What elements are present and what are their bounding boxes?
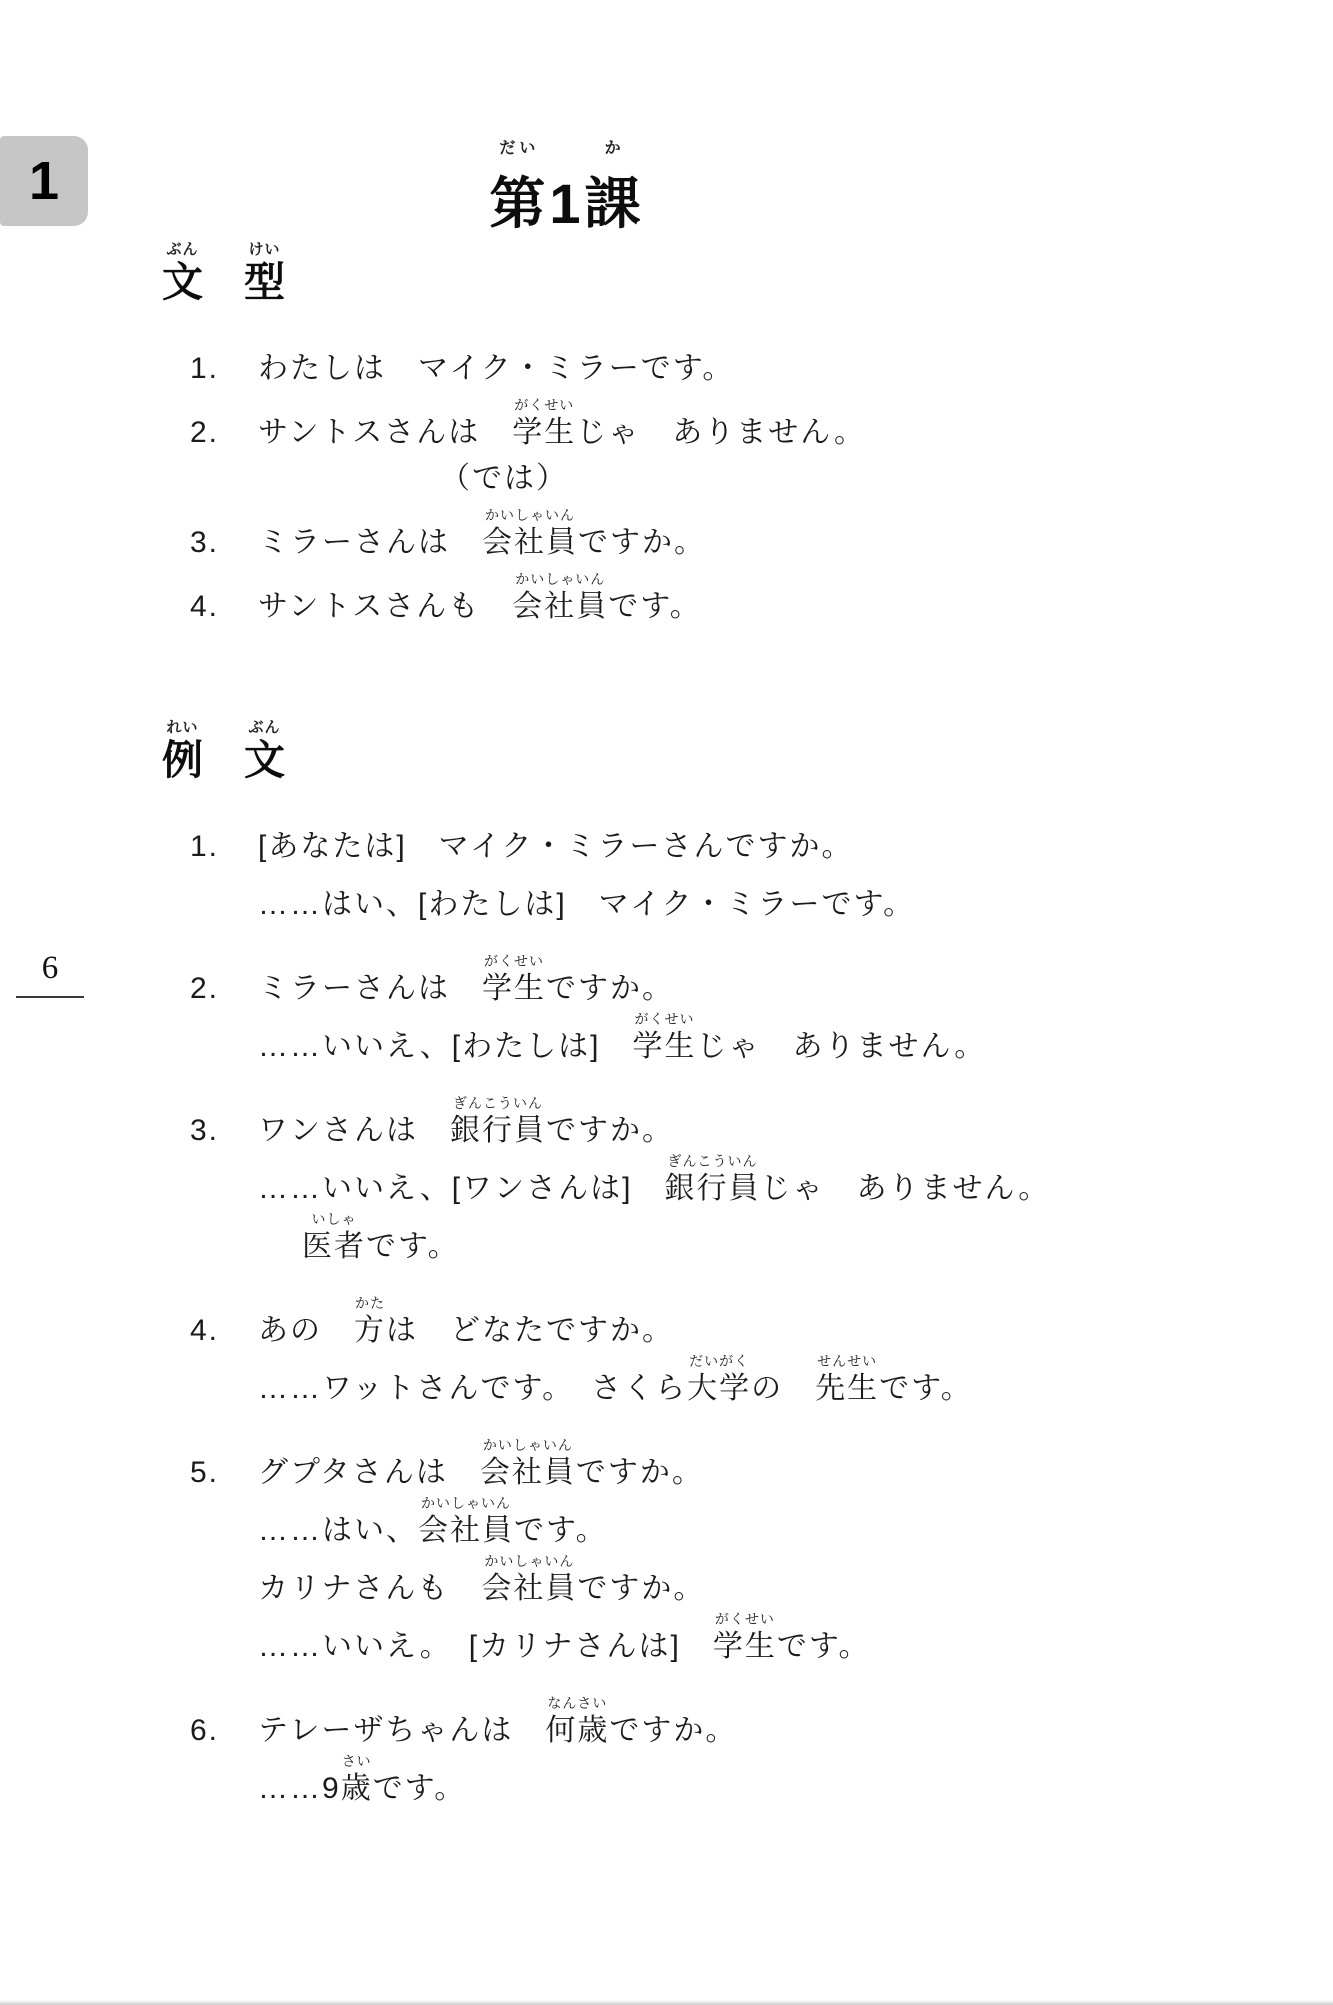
furigana: ぎんこういん: [453, 1096, 543, 1112]
furigana: がくせい: [634, 1012, 694, 1028]
section-heading-bunkei: 文ぶん 型けい: [162, 238, 866, 305]
item-number: 1.: [190, 352, 258, 386]
base-text: ……いいえ、[ワンさんは]: [258, 1172, 664, 1205]
sentence-text: ミラーさんは 学生がくせいですか。: [258, 972, 674, 1006]
item-number: 4.: [190, 590, 258, 624]
base-text: [あなたは] マイク・ミラーさんですか。: [258, 830, 853, 863]
lesson-title: 第だい 1 課か: [0, 132, 1134, 240]
base-text: 銀行員: [664, 1172, 760, 1205]
ruby-base-text: 方かた: [354, 1314, 386, 1348]
plain-text: じゃ ありません。: [696, 1030, 986, 1064]
base-text: 会社員: [480, 1456, 576, 1489]
ruby-base-text: 型けい: [244, 260, 285, 305]
furigana: けい: [248, 242, 280, 259]
furigana: かいしゃいん: [483, 1438, 573, 1454]
plain-text: じゃ ありません。: [760, 1172, 1050, 1206]
ruby-base-text: 銀行員ぎんこういん: [450, 1114, 546, 1148]
sentence-text: グプタさんは 会社員かいしゃいんですか。: [258, 1456, 704, 1490]
plain-text: [203, 738, 244, 783]
sentence-line: ……はい、[わたしは] マイク・ミラーです。: [190, 863, 1050, 921]
item-number: 2.: [190, 416, 258, 450]
sentence-line: 3.ワンさんは 銀行員ぎんこういんですか。: [190, 1089, 1050, 1147]
furigana: ぎんこういん: [667, 1154, 757, 1170]
base-text: ですか。: [577, 1572, 705, 1605]
base-text: テレーザちゃんは: [258, 1714, 545, 1747]
furigana: がくせい: [514, 398, 574, 414]
furigana: かいしゃいん: [515, 572, 605, 588]
base-text: 文: [162, 259, 203, 305]
numbered-item: 5.グプタさんは 会社員かいしゃいんですか。……はい、会社員かいしゃいんです。カ…: [190, 1431, 1050, 1663]
numbered-item: 1.わたしは マイク・ミラーです。: [190, 327, 866, 385]
ruby-base-text: 文ぶん: [244, 738, 285, 783]
sentence-line: 2.ミラーさんは 学生がくせいですか。: [190, 947, 1050, 1005]
base-text: です。: [879, 1372, 973, 1405]
sentence-line: 4.サントスさんも 会社員かいしゃいんです。: [190, 565, 866, 623]
base-text: です。: [373, 1772, 467, 1805]
sentence-text: テレーザちゃんは 何歳なんさいですか。: [258, 1714, 737, 1748]
base-text: です。: [514, 1514, 608, 1547]
furigana: ぶん: [166, 242, 198, 259]
plain-text: ですか。: [609, 1714, 737, 1748]
plain-text: は どなたですか。: [386, 1314, 674, 1348]
base-text: じゃ ありません。: [696, 1030, 986, 1063]
sentence-text: ……はい、会社員かいしゃいんです。: [258, 1514, 608, 1548]
ruby-base-text: 先生せんせい: [815, 1372, 879, 1406]
plain-text: ですか。: [578, 526, 706, 560]
sentence-line: 4.あの 方かたは どなたですか。: [190, 1289, 1050, 1347]
ruby-base-text: 医者いしゃ: [302, 1230, 366, 1264]
plain-text: ですか。: [546, 972, 674, 1006]
plain-text: ワンさんは: [258, 1114, 450, 1148]
numbered-item: 3.ミラーさんは 会社員かいしゃいんですか。: [190, 501, 866, 559]
numbered-item: 1.[あなたは] マイク・ミラーさんですか。……はい、[わたしは] マイク・ミラ…: [190, 805, 1050, 921]
base-text: 1: [549, 172, 584, 235]
plain-text: サントスさんは: [258, 416, 512, 450]
base-text: じゃ ありません。: [760, 1172, 1050, 1205]
sentence-text: （では）: [258, 462, 568, 496]
sentence-line: 6.テレーザちゃんは 何歳なんさいですか。: [190, 1689, 1050, 1747]
plain-text: あの: [258, 1314, 354, 1348]
ruby-base-text: 会社員かいしゃいん: [481, 1572, 577, 1606]
base-text: ですか。: [576, 1456, 704, 1489]
numbered-item: 3.ワンさんは 銀行員ぎんこういんですか。……いいえ、[ワンさんは] 銀行員ぎん…: [190, 1089, 1050, 1263]
sentence-text: カリナさんも 会社員かいしゃいんですか。: [258, 1572, 705, 1606]
plain-text: サントスさんも: [258, 590, 512, 624]
plain-text: ……はい、[わたしは] マイク・ミラーです。: [258, 888, 915, 922]
furigana: せんせい: [817, 1354, 877, 1370]
plain-text: です。: [514, 1514, 608, 1548]
sentence-line: （では）: [190, 449, 866, 495]
ruby-base-text: 会社員かいしゃいん: [512, 590, 608, 624]
furigana: いしゃ: [312, 1212, 357, 1228]
sentence-text: ……ワットさんです。 さくら大学だいがくの 先生せんせいです。: [258, 1372, 973, 1406]
plain-text: じゃ ありません。: [576, 416, 866, 450]
plain-text: です。: [366, 1230, 460, 1264]
base-text: （では）: [440, 462, 568, 495]
base-text: の: [751, 1372, 815, 1405]
base-text: 例: [162, 737, 203, 783]
sentence-line: 医者いしゃです。: [190, 1205, 1050, 1263]
furigana: がくせい: [484, 954, 544, 970]
base-text: です。: [366, 1230, 460, 1263]
item-number: 3.: [190, 526, 258, 560]
plain-text: です。: [777, 1630, 871, 1664]
ruby-base-text: 会社員かいしゃいん: [418, 1514, 514, 1548]
base-text: 文: [244, 737, 285, 783]
base-text: 課: [585, 172, 645, 235]
ruby-base-text: 学生がくせい: [632, 1030, 696, 1064]
sentence-text: ミラーさんは 会社員かいしゃいんですか。: [258, 526, 706, 560]
sentence-text: ……いいえ、[ワンさんは] 銀行員ぎんこういんじゃ ありません。: [258, 1172, 1050, 1206]
sentence-text: あの 方かたは どなたですか。: [258, 1314, 674, 1348]
plain-text: ミラーさんは: [258, 972, 482, 1006]
ruby-base-text: 例れい: [162, 738, 203, 783]
base-text: 学生: [632, 1030, 696, 1063]
plain-text: （では）: [440, 462, 568, 496]
section-sentence-patterns: 文ぶん 型けい 1.わたしは マイク・ミラーです。2.サントスさんは 学生がくせ…: [162, 238, 866, 629]
base-text: ……はい、[わたしは] マイク・ミラーです。: [258, 888, 915, 921]
plain-text: の: [751, 1372, 815, 1406]
plain-text: グプタさんは: [258, 1456, 480, 1490]
sentence-text: サントスさんは 学生がくせいじゃ ありません。: [258, 416, 866, 450]
plain-text: ……いいえ、[ワンさんは]: [258, 1172, 664, 1206]
base-text: じゃ ありません。: [576, 416, 866, 449]
plain-text: [あなたは] マイク・ミラーさんですか。: [258, 830, 853, 864]
base-text: ミラーさんは: [258, 972, 482, 1005]
furigana: さい: [342, 1754, 372, 1770]
numbered-item: 2.サントスさんは 学生がくせいじゃ ありません。（では）: [190, 391, 866, 495]
plain-text: ……9: [258, 1772, 341, 1806]
sentence-text: 医者いしゃです。: [258, 1230, 460, 1264]
page-number: 6: [16, 950, 84, 998]
sentence-line: カリナさんも 会社員かいしゃいんですか。: [190, 1547, 1050, 1605]
item-number: 1.: [190, 830, 258, 864]
base-text: [203, 737, 244, 783]
base-text: です。: [608, 590, 702, 623]
plain-text: わたしは マイク・ミラーです。: [258, 352, 734, 386]
numbered-item: 4.サントスさんも 会社員かいしゃいんです。: [190, 565, 866, 623]
base-text: です。: [777, 1630, 871, 1663]
item-number: 6.: [190, 1714, 258, 1748]
plain-text: カリナさんも: [258, 1572, 481, 1606]
base-text: 会社員: [482, 526, 578, 559]
ruby-base-text: 学生がくせい: [713, 1630, 777, 1664]
plain-text: ですか。: [576, 1456, 704, 1490]
base-text: ですか。: [578, 526, 706, 559]
ruby-base-text: 第だい: [489, 160, 549, 240]
base-text: ですか。: [546, 972, 674, 1005]
base-text: 大学: [687, 1372, 751, 1405]
base-text: 第: [489, 172, 549, 235]
base-text: 方: [354, 1314, 386, 1347]
base-text: サントスさんは: [258, 416, 512, 449]
sentence-text: わたしは マイク・ミラーです。: [258, 352, 734, 386]
base-text: グプタさんは: [258, 1456, 480, 1489]
sentence-line: 3.ミラーさんは 会社員かいしゃいんですか。: [190, 501, 866, 559]
plain-text: です。: [373, 1772, 467, 1806]
plain-text: ですか。: [577, 1572, 705, 1606]
sentence-line: ……いいえ、[ワンさんは] 銀行員ぎんこういんじゃ ありません。: [190, 1147, 1050, 1205]
furigana: かいしゃいん: [485, 508, 575, 524]
furigana: だいがく: [689, 1354, 749, 1370]
plain-text: ですか。: [546, 1114, 674, 1148]
base-text: ……いいえ。 [カリナさんは]: [258, 1630, 713, 1663]
ruby-base-text: 歳さい: [341, 1772, 373, 1806]
bunkei-items: 1.わたしは マイク・ミラーです。2.サントスさんは 学生がくせいじゃ ありませ…: [190, 327, 866, 623]
base-text: 学生: [512, 416, 576, 449]
plain-text: 1: [549, 171, 584, 236]
sentence-line: ……いいえ。 [カリナさんは] 学生がくせいです。: [190, 1605, 1050, 1663]
sentence-line: ……いいえ、[わたしは] 学生がくせいじゃ ありません。: [190, 1005, 1050, 1063]
ruby-base-text: 会社員かいしゃいん: [482, 526, 578, 560]
ruby-base-text: 課か: [585, 160, 645, 240]
base-text: は どなたですか。: [386, 1314, 674, 1347]
sentence-line: 5.グプタさんは 会社員かいしゃいんですか。: [190, 1431, 1050, 1489]
furigana: かた: [355, 1296, 385, 1312]
numbered-item: 4.あの 方かたは どなたですか。……ワットさんです。 さくら大学だいがくの 先…: [190, 1289, 1050, 1405]
sentence-text: サントスさんも 会社員かいしゃいんです。: [258, 590, 702, 624]
base-text: 何歳: [545, 1714, 609, 1747]
base-text: [203, 259, 244, 305]
base-text: 先生: [815, 1372, 879, 1405]
item-number: 3.: [190, 1114, 258, 1148]
base-text: サントスさんも: [258, 590, 512, 623]
plain-text: ミラーさんは: [258, 526, 482, 560]
base-text: 医者: [302, 1230, 366, 1263]
ruby-base-text: 会社員かいしゃいん: [480, 1456, 576, 1490]
ruby-base-text: 銀行員ぎんこういん: [664, 1172, 760, 1206]
base-text: 会社員: [418, 1514, 514, 1547]
sentence-text: ……9歳さいです。: [258, 1772, 466, 1806]
base-text: カリナさんも: [258, 1572, 481, 1605]
plain-text: ……いいえ。 [カリナさんは]: [258, 1630, 713, 1664]
sentence-text: ……いいえ、[わたしは] 学生がくせいじゃ ありません。: [258, 1030, 986, 1064]
furigana: がくせい: [715, 1612, 775, 1628]
plain-text: ……いいえ、[わたしは]: [258, 1030, 632, 1064]
base-text: ……いいえ、[わたしは]: [258, 1030, 632, 1063]
base-text: ……ワットさんです。 さくら: [258, 1372, 687, 1405]
base-text: ……9: [258, 1772, 341, 1805]
furigana: かいしゃいん: [421, 1496, 511, 1512]
sentence-line: ……ワットさんです。 さくら大学だいがくの 先生せんせいです。: [190, 1347, 1050, 1405]
section-heading-reibun: 例れい 文ぶん: [162, 716, 1050, 783]
textbook-page: 1 第だい 1 課か 文ぶん 型けい 1.わたしは マイク・ミラーです。2.サン…: [0, 0, 1333, 2005]
section-example-sentences: 例れい 文ぶん 1.[あなたは] マイク・ミラーさんですか。……はい、[わたしは…: [162, 716, 1050, 1831]
sentence-text: [あなたは] マイク・ミラーさんですか。: [258, 830, 853, 864]
base-text: ですか。: [609, 1714, 737, 1747]
ruby-base-text: 文ぶん: [162, 260, 203, 305]
sentence-line: 1.[あなたは] マイク・ミラーさんですか。: [190, 805, 1050, 863]
base-text: 会社員: [481, 1572, 577, 1605]
base-text: 学生: [482, 972, 546, 1005]
furigana: かいしゃいん: [484, 1554, 574, 1570]
ruby-base-text: 何歳なんさい: [545, 1714, 609, 1748]
base-text: あの: [258, 1314, 354, 1347]
numbered-item: 2.ミラーさんは 学生がくせいですか。……いいえ、[わたしは] 学生がくせいじゃ…: [190, 947, 1050, 1063]
sentence-text: ……いいえ。 [カリナさんは] 学生がくせいです。: [258, 1630, 870, 1664]
item-number: 4.: [190, 1314, 258, 1348]
base-text: 型: [244, 259, 285, 305]
sentence-line: 1.わたしは マイク・ミラーです。: [190, 327, 866, 385]
ruby-base-text: 学生がくせい: [512, 416, 576, 450]
base-text: 学生: [713, 1630, 777, 1663]
furigana: ぶん: [248, 720, 280, 737]
item-number: 5.: [190, 1456, 258, 1490]
plain-text: ……はい、: [258, 1514, 418, 1548]
base-text: ワンさんは: [258, 1114, 450, 1147]
base-text: ですか。: [546, 1114, 674, 1147]
sentence-line: 2.サントスさんは 学生がくせいじゃ ありません。: [190, 391, 866, 449]
plain-text: テレーザちゃんは: [258, 1714, 545, 1748]
item-number: 2.: [190, 972, 258, 1006]
furigana: だい: [499, 135, 539, 158]
plain-text: です。: [608, 590, 702, 624]
sentence-text: ワンさんは 銀行員ぎんこういんですか。: [258, 1114, 674, 1148]
ruby-base-text: 大学だいがく: [687, 1372, 751, 1406]
base-text: わたしは マイク・ミラーです。: [258, 352, 734, 385]
sentence-line: ……はい、会社員かいしゃいんです。: [190, 1489, 1050, 1547]
plain-text: [203, 260, 244, 305]
base-text: ミラーさんは: [258, 526, 482, 559]
numbered-item: 6.テレーザちゃんは 何歳なんさいですか。……9歳さいです。: [190, 1689, 1050, 1805]
base-text: 銀行員: [450, 1114, 546, 1147]
plain-text: です。: [879, 1372, 973, 1406]
base-text: 歳: [341, 1772, 373, 1805]
base-text: 会社員: [512, 590, 608, 623]
plain-text: ……ワットさんです。 さくら: [258, 1372, 687, 1406]
sentence-line: ……9歳さいです。: [190, 1747, 1050, 1805]
furigana: れい: [166, 720, 198, 737]
sentence-text: ……はい、[わたしは] マイク・ミラーです。: [258, 888, 915, 922]
base-text: ……はい、: [258, 1514, 418, 1547]
furigana: か: [605, 135, 625, 158]
furigana: なんさい: [547, 1696, 607, 1712]
reibun-items: 1.[あなたは] マイク・ミラーさんですか。……はい、[わたしは] マイク・ミラ…: [190, 805, 1050, 1805]
ruby-base-text: 学生がくせい: [482, 972, 546, 1006]
